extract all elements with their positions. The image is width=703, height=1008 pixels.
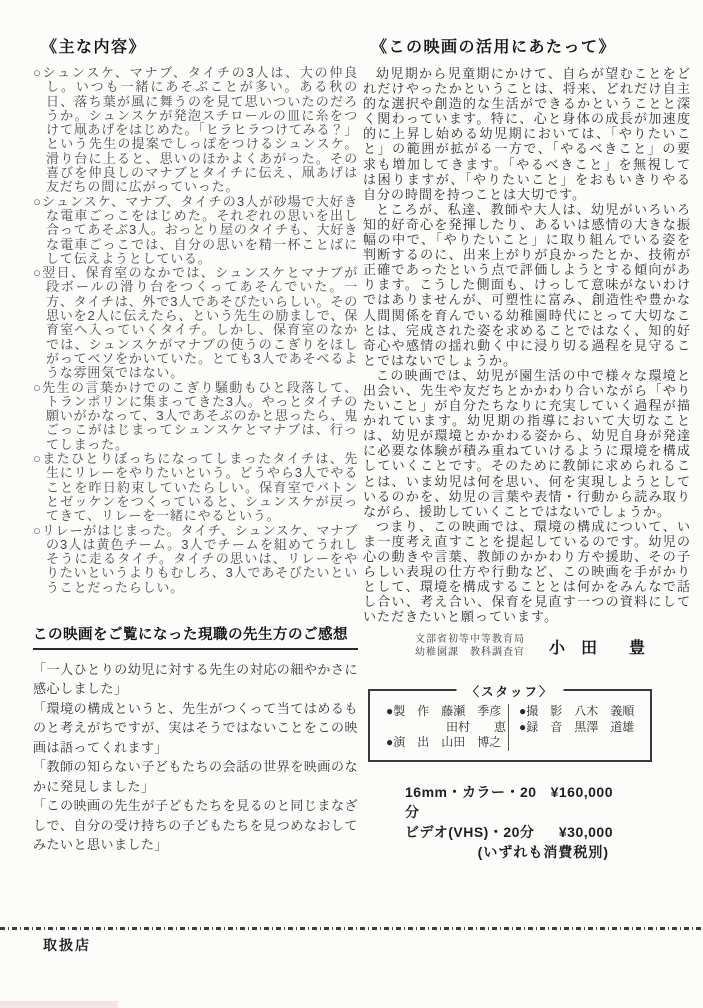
main-content-column: 《主な内容》 ○シュンスケ、マナブ、タイチの3人は、大の仲良し。いつも一緒にあそ… — [33, 34, 358, 855]
usage-heading: 《この映画の活用にあたって》 — [371, 34, 691, 57]
staff-row: ●演 出 山田 博之 — [386, 735, 508, 751]
price-value-film: ¥160,000 — [551, 782, 613, 822]
synopsis-bullet: ○リレーがはじまった。タイチ、シュンスケ、マナブの3人は黄色チーム。3人でチーム… — [33, 524, 358, 595]
bullet-text: 先生の言葉かけでのこぎり騒動もひと段落して、トランポリンに集まってきた3人。やっ… — [42, 380, 358, 452]
usage-paragraphs: 幼児期から児童期にかけて、自らが望むことをどれだけやったかということは、将来、ど… — [363, 66, 691, 624]
dashed-divider-line — [0, 927, 703, 930]
teacher-feedback-section: この映画をご覧になった現職の先生方のご感想 「一人ひとりの幼児に対する先生の対応… — [33, 623, 358, 855]
bullet-text: シュンスケ、マナブ、タイチの3人は、大の仲良し。いつも一緒にあそぶことが多い。あ… — [43, 65, 358, 194]
feedback-quote: 「この映画の先生が子どもたちを見るのと同じまなざしで、自分の受け持ちの子どもたち… — [33, 796, 358, 855]
staff-row: ●製 作 藤瀬 季彦 — [386, 704, 508, 720]
feedback-quote: 「環境の構成というと、先生がつくって当てはめるものと考えがちですが、実はそうでは… — [33, 699, 358, 758]
bullet-circle-marker: ○ — [33, 451, 42, 466]
bullet-circle-marker: ○ — [33, 380, 42, 395]
staff-columns: ●製 作 藤瀬 季彦 田村 恵 ●演 出 山田 博之 ●撮 影 八木 義順 ●録… — [386, 704, 650, 751]
author-organization: 文部省初等中等教育局 幼稚園課 教科調査官 — [415, 634, 525, 659]
author-org-line1: 文部省初等中等教育局 — [415, 634, 525, 647]
price-label-film: 16mm・カラー・20分 — [405, 782, 551, 822]
price-row-film: 16mm・カラー・20分 ¥160,000 — [405, 782, 613, 822]
bullet-circle-marker: ○ — [33, 194, 42, 209]
synopsis-bullet: ○シュンスケ、マナブ、タイチの3人が砂場で大好きな電車ごっこをはじめた。それぞれ… — [33, 195, 358, 266]
teacher-feedback-heading: この映画をご覧になった現職の先生方のご感想 — [33, 623, 358, 650]
feedback-quote: 「教師の知らない子どもたちの会話の世界を映画のなかに発見しました」 — [33, 757, 358, 796]
price-label-video: ビデオ(VHS)・20分 — [405, 822, 534, 842]
staff-row: ●撮 影 八木 義順 — [519, 704, 650, 720]
usage-paragraph: この映画では、幼児が園生活の中で様々な環境と出会い、先生や友だちとかかわり合いな… — [363, 368, 691, 519]
staff-row: 田村 恵 — [386, 720, 508, 736]
synopsis-bullet-list: ○シュンスケ、マナブ、タイチの3人は、大の仲良し。いつも一緒にあそぶことが多い。… — [33, 66, 358, 595]
usage-paragraph: ところが、私達、教師や大人は、幼児がいろいろ知的好奇心を発揮したり、あるいは感情… — [363, 202, 691, 368]
dealer-label: 取扱店 — [43, 935, 91, 955]
scan-edge-pink-mark — [0, 1001, 118, 1008]
synopsis-bullet: ○翌日、保育室のなかでは、シュンスケとマナブが段ボールの滑り台をつくってあそんで… — [33, 266, 358, 380]
bullet-circle-marker: ○ — [33, 265, 42, 280]
author-org-line2: 幼稚園課 教科調査官 — [415, 647, 525, 660]
synopsis-bullet: ○またひとりぼっちになってしまったタイチは、先生にリレーをやりたいという。どうや… — [33, 452, 358, 523]
staff-box-title: 〈スタッフ〉 — [456, 682, 563, 700]
price-row-video: ビデオ(VHS)・20分 ¥30,000 — [405, 822, 613, 842]
usage-paragraph: 幼児期から児童期にかけて、自らが望むことをどれだけやったかということは、将来、ど… — [363, 66, 691, 202]
main-content-heading: 《主な内容》 — [41, 34, 358, 57]
author-name: 小 田 豊 — [549, 635, 645, 658]
author-credit: 文部省初等中等教育局 幼稚園課 教科調査官 小 田 豊 — [415, 634, 691, 659]
bullet-text: またひとりぼっちになってしまったタイチは、先生にリレーをやりたいという。どうやら… — [42, 451, 358, 523]
synopsis-bullet: ○先生の言葉かけでのこぎり騒動もひと段落して、トランポリンに集まってきた3人。や… — [33, 381, 358, 452]
bullet-text: シュンスケ、マナブ、タイチの3人が砂場で大好きな電車ごっこをはじめた。それぞれの… — [42, 194, 358, 266]
staff-box: 〈スタッフ〉 ●製 作 藤瀬 季彦 田村 恵 ●演 出 山田 博之 ●撮 影 八… — [368, 689, 652, 762]
bullet-text: 翌日、保育室のなかでは、シュンスケとマナブが段ボールの滑り台をつくってあそんでい… — [42, 265, 358, 380]
bullet-circle-marker: ○ — [33, 65, 43, 80]
teacher-feedback-quotes: 「一人ひとりの幼児に対する先生の対応の細やかさに感心しました」 「環境の構成とい… — [33, 660, 358, 855]
usage-column: 《この映画の活用にあたって》 幼児期から児童期にかけて、自らが望むことをどれだけ… — [363, 34, 691, 862]
usage-paragraph: つまり、この映画では、環境の構成について、いま一度考え直すことを提起しているので… — [363, 519, 691, 625]
feedback-quote: 「一人ひとりの幼児に対する先生の対応の細やかさに感心しました」 — [33, 660, 358, 699]
scanned-document-page: 《主な内容》 ○シュンスケ、マナブ、タイチの3人は、大の仲良し。いつも一緒にあそ… — [0, 0, 703, 1008]
price-tax-note: (いずれも消費税別) — [405, 842, 613, 862]
synopsis-bullet: ○シュンスケ、マナブ、タイチの3人は、大の仲良し。いつも一緒にあそぶことが多い。… — [33, 66, 358, 195]
pricing-block: 16mm・カラー・20分 ¥160,000 ビデオ(VHS)・20分 ¥30,0… — [405, 782, 613, 862]
price-value-video: ¥30,000 — [559, 822, 613, 842]
staff-column-left: ●製 作 藤瀬 季彦 田村 恵 ●演 出 山田 博之 — [386, 704, 508, 751]
bullet-text: リレーがはじまった。タイチ、シュンスケ、マナブの3人は黄色チーム。3人でチームを… — [42, 523, 358, 595]
bullet-circle-marker: ○ — [33, 523, 42, 538]
staff-row: ●録 音 黒澤 道雄 — [519, 720, 650, 736]
staff-column-right: ●撮 影 八木 義順 ●録 音 黒澤 道雄 — [508, 704, 650, 751]
